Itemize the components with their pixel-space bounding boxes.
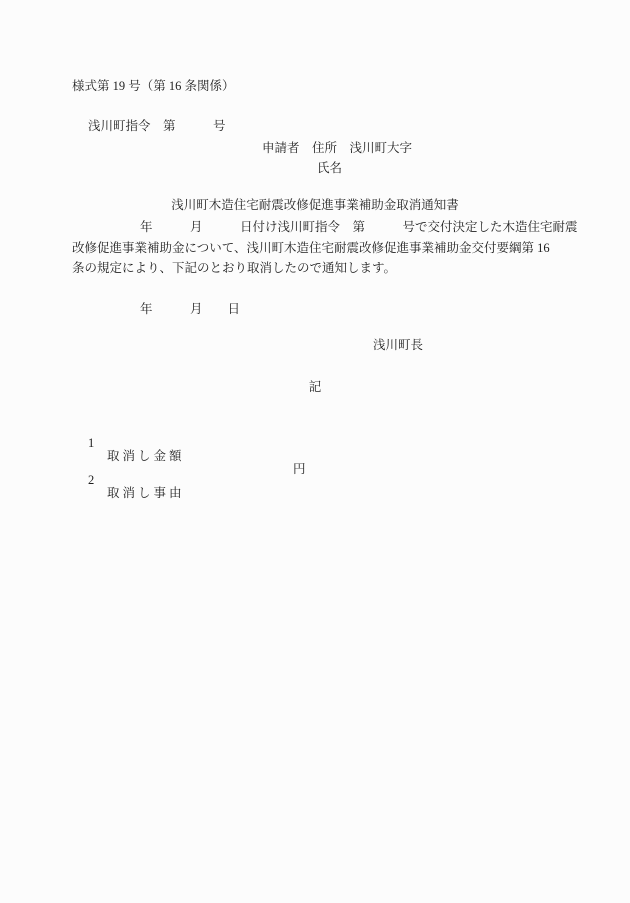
- form-number-label: 様式第 19 号（第 16 条関係）: [72, 80, 235, 93]
- record-marker: 記: [0, 381, 630, 394]
- cancel-reason-label: 取消し事由: [107, 487, 185, 500]
- item-number: 1: [88, 437, 94, 450]
- body-paragraph-line-1: 年 月 日付け浅川町指令 第 号で交付決定した木造住宅耐震: [140, 221, 578, 234]
- item-row-cancel-amount: 1 取消し金額 円: [0, 424, 630, 440]
- item-row-cancel-reason: 2 取消し事由: [0, 461, 630, 477]
- applicant-address-line: 申請者 住所 浅川町大字: [262, 142, 412, 155]
- applicant-name-label: 氏名: [317, 162, 342, 175]
- signer-mayor-label: 浅川町長: [373, 339, 423, 352]
- document-title: 浅川町木造住宅耐震改修促進事業補助金取消通知書: [0, 199, 630, 212]
- issue-date-line: 年 月 日: [140, 303, 240, 316]
- directive-number-line: 浅川町指令 第 号: [88, 120, 226, 133]
- item-number: 2: [88, 474, 94, 487]
- body-paragraph-line-2: 改修促進事業補助金について、浅川町木造住宅耐震改修促進事業補助金交付要綱第 16: [72, 242, 550, 255]
- body-paragraph-line-3: 条の規定により、下記のとおり取消したので通知します。: [72, 262, 396, 275]
- document-page: 様式第 19 号（第 16 条関係） 浅川町指令 第 号 申請者 住所 浅川町大…: [0, 0, 630, 903]
